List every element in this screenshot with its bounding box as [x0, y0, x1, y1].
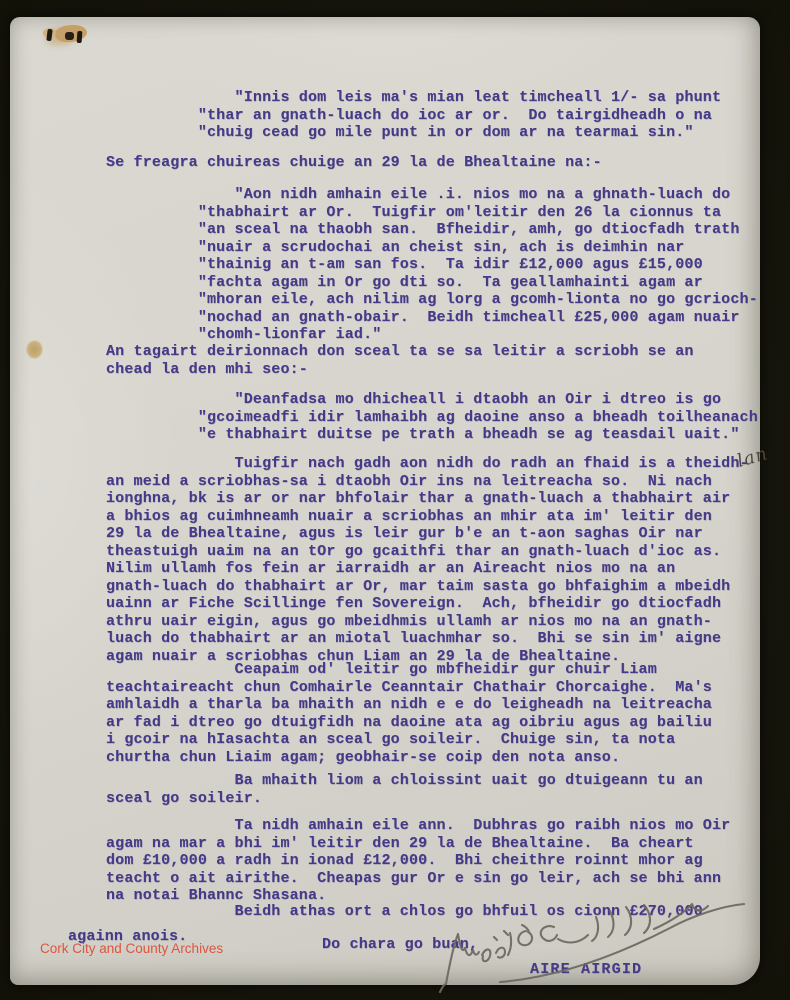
ink-blot	[77, 31, 83, 43]
letter-page: "Innis dom leis ma's mian leat timcheall…	[10, 17, 760, 985]
margin-note-handwriting: lan	[735, 443, 771, 472]
ink-blot	[46, 29, 52, 42]
paragraph-last-reference: An tagairt deirionnach don sceal ta se s…	[106, 343, 694, 378]
signature: Miceal O Coileain	[430, 892, 765, 1000]
ink-blot	[65, 32, 74, 40]
paragraph-message-to-council: Ceapaim od' leitir go mbfheidir gur chui…	[106, 661, 712, 766]
paragraph-quote-offer: "Innis dom leis ma's mian leat timcheall…	[106, 89, 721, 142]
paragraph-explanation: Tuigfir nach gadh aon nidh do radh an fh…	[106, 455, 749, 665]
paragraph-wish-to-hear: Ba mhaith liom a chloissint uait go dtui…	[106, 772, 703, 807]
paragraph-reply-intro: Se freagra chuireas chuige an 29 la de B…	[106, 154, 602, 172]
paragraph-quote-promise: "Deanfadsa mo dhicheall i dtaobh an Oir …	[106, 391, 758, 444]
document-scan: "Innis dom leis ma's mian leat timcheall…	[0, 0, 790, 1000]
paper-stain	[26, 340, 43, 359]
paragraph-quote-reply: "Aon nidh amhain eile .i. nios mo na a g…	[106, 186, 758, 344]
archive-watermark: Cork City and County Archives	[40, 941, 223, 956]
signature-strokes	[430, 892, 765, 1000]
